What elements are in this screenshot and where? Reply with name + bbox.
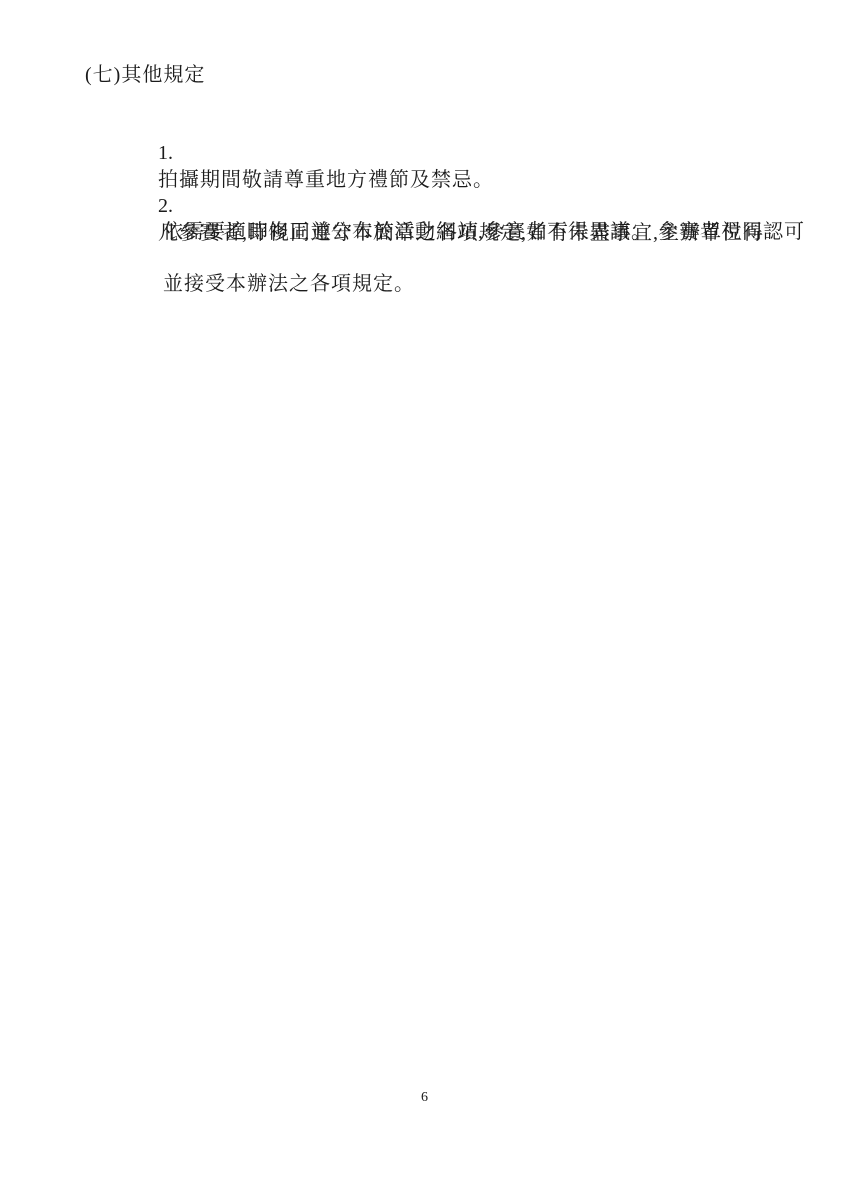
list-item-1-number: 1. — [158, 140, 187, 167]
list-item-2-number: 2. — [158, 193, 187, 220]
page-number: 6 — [0, 1090, 849, 1106]
section-heading: (七)其他規定 — [85, 62, 205, 89]
list-item-2-text-line-2: 依需要適時修正並公布於活動網站,參賽者不得異議。 參賽者視同認可 — [163, 219, 805, 246]
list-item-2-text-line-3: 並接受本辦法之各項規定。 — [163, 271, 415, 298]
document-page: (七)其他規定 1. 拍攝期間敬請尊重地方禮節及禁忌。 2. 凡參賽者,即視同遵… — [0, 0, 849, 1200]
